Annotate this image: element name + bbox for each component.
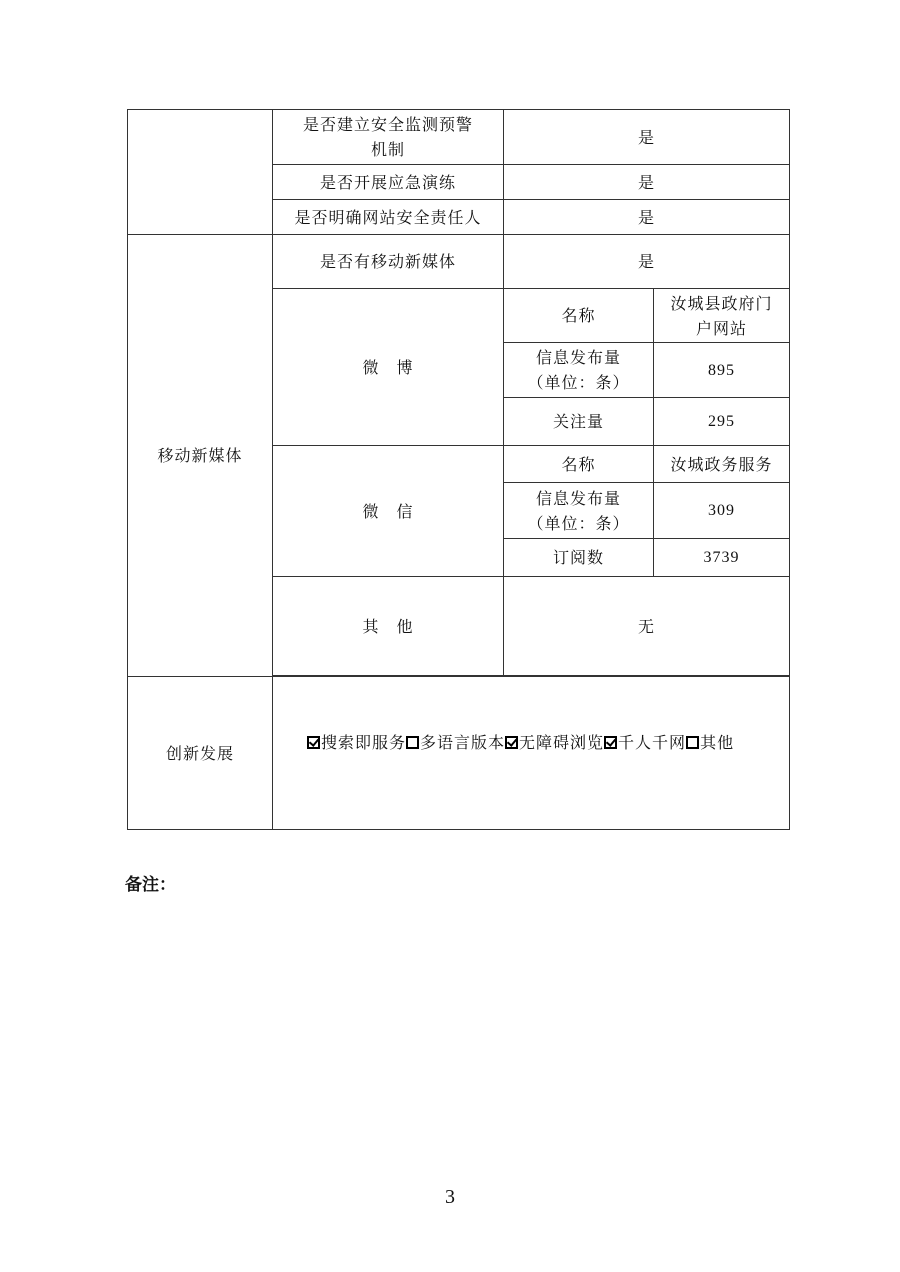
security-question-monitoring: 是否建立安全监测预警机制 <box>273 110 504 165</box>
checkbox-checked-icon[interactable] <box>307 736 320 749</box>
wechat-label: 微 信 <box>273 446 504 577</box>
remarks-label: 备注： <box>125 870 176 895</box>
wechat-name-label: 名称 <box>504 446 654 483</box>
checkbox-checked-icon[interactable] <box>604 736 617 749</box>
has-mobile-media-question: 是否有移动新媒体 <box>273 235 504 289</box>
option-search-as-service[interactable]: 搜索即服务 <box>307 733 406 752</box>
weibo-followers-value: 295 <box>654 398 790 446</box>
weibo-label: 微 博 <box>273 289 504 446</box>
checkbox-checked-icon[interactable] <box>505 736 518 749</box>
weibo-posts-label: 信息发布量（单位：条） <box>504 343 654 398</box>
report-table: 是否建立安全监测预警机制 是 是否开展应急演练 是 是否明确网站安全责任人 是 … <box>127 109 790 830</box>
weibo-posts-value: 895 <box>654 343 790 398</box>
option-other[interactable]: 其他 <box>686 733 734 752</box>
security-question-responsible: 是否明确网站安全责任人 <box>273 200 504 235</box>
checkbox-unchecked-icon[interactable] <box>406 736 419 749</box>
checkbox-unchecked-icon[interactable] <box>686 736 699 749</box>
option-personalized[interactable]: 千人千网 <box>604 733 686 752</box>
weibo-name-label: 名称 <box>504 289 654 343</box>
security-section-label-cell <box>128 110 273 235</box>
security-answer-responsible: 是 <box>504 200 790 235</box>
wechat-subscribers-label: 订阅数 <box>504 539 654 577</box>
wechat-name-value: 汝城政务服务 <box>654 446 790 483</box>
page-number: 3 <box>0 1186 900 1209</box>
has-mobile-media-answer: 是 <box>504 235 790 289</box>
innovation-section-label: 创新发展 <box>128 677 273 830</box>
option-accessibility[interactable]: 无障碍浏览 <box>505 733 604 752</box>
wechat-subscribers-value: 3739 <box>654 539 790 577</box>
security-answer-monitoring: 是 <box>504 110 790 165</box>
security-question-drill: 是否开展应急演练 <box>273 165 504 200</box>
security-answer-drill: 是 <box>504 165 790 200</box>
wechat-posts-label: 信息发布量（单位：条） <box>504 483 654 539</box>
wechat-posts-value: 309 <box>654 483 790 539</box>
weibo-followers-label: 关注量 <box>504 398 654 446</box>
innovation-options: 搜索即服务多语言版本无障碍浏览千人千网其他 <box>273 677 790 830</box>
other-media-label: 其 他 <box>273 577 504 676</box>
mobile-media-section-label: 移动新媒体 <box>128 235 273 677</box>
other-media-value: 无 <box>504 577 790 676</box>
option-multilingual[interactable]: 多语言版本 <box>406 733 505 752</box>
weibo-name-value: 汝城县政府门户网站 <box>654 289 790 343</box>
